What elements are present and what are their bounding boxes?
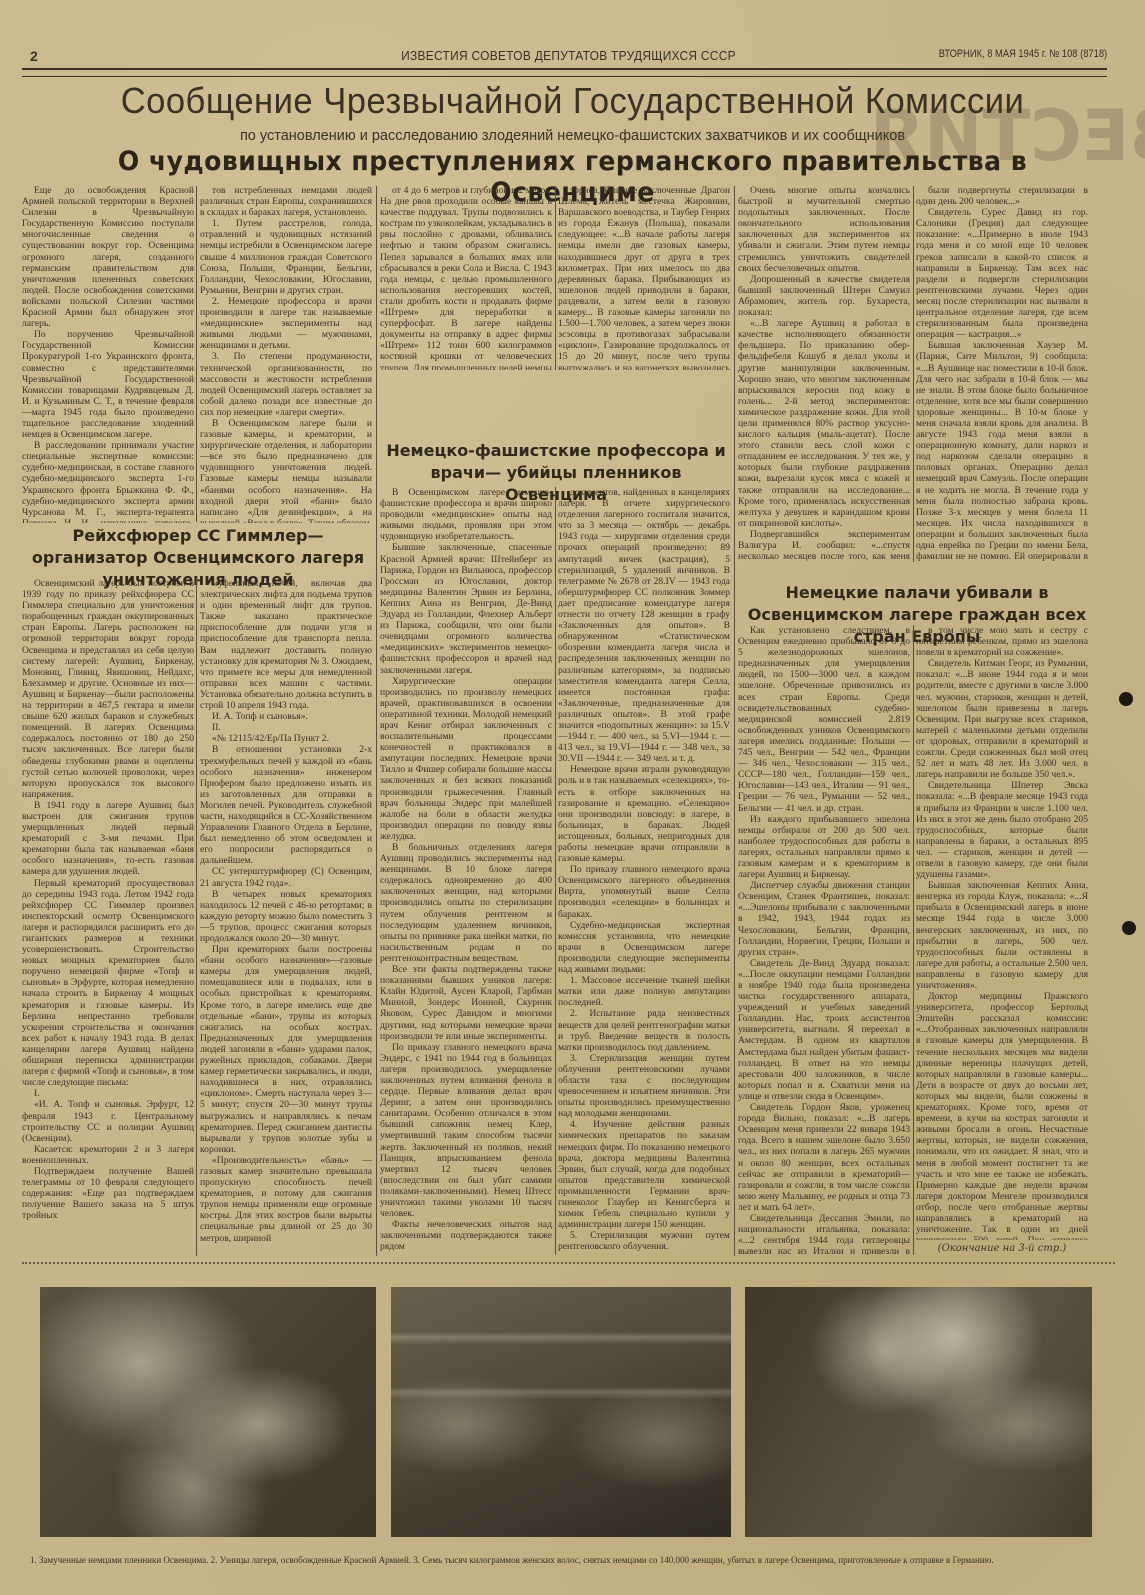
paragraph: Из каждого прибывавшего эшелона немцы от… [738, 814, 910, 881]
paragraph: «...В лагере Аушвиц я работал в качестве… [738, 318, 910, 529]
article-col-4: ториев, бывшие заключенные Драгон Шлема,… [558, 185, 730, 370]
paragraph: Доктор медицины Пражского университета, … [916, 991, 1088, 1240]
photo-2 [391, 1287, 731, 1537]
photo-caption: 1. Замученные немцами пленники Освенцима… [30, 1555, 1115, 1565]
paragraph: I. [22, 1088, 194, 1099]
paragraph: При крематориях были построены «бани осо… [200, 944, 372, 1155]
column-rule [555, 186, 556, 370]
paragraph: тов истребленных немцами людей различных… [200, 185, 372, 218]
paragraph: ториев, бывшие заключенные Драгон Шлема,… [558, 185, 730, 370]
paragraph: В больничных отделениях лагеря Аушвиц пр… [380, 842, 552, 964]
paragraph: Свидетель Китман Георг, из Румынии, пока… [916, 658, 1088, 780]
paragraph: 4. Изучение действия разных химических п… [558, 1119, 730, 1230]
paper-name: ИЗВЕСТИЯ СОВЕТОВ ДЕПУТАТОВ ТРУДЯЩИХСЯ СС… [73, 48, 1064, 63]
paragraph: Бывшая заключенная Хаузер М. (Париж, Сит… [916, 340, 1088, 563]
ink-blot [1122, 921, 1136, 935]
paragraph: Немецкие врачи играли руководящую роль и… [558, 764, 730, 864]
paragraph: Очень многие опыты кончались быстрой и м… [738, 185, 910, 274]
page-number: 2 [30, 48, 38, 64]
paragraph: 3. По степени продуманности, технической… [200, 351, 372, 418]
article-col-3: от 4 до 6 метров и глубиной в 2 метра. Н… [380, 185, 552, 370]
paragraph: Факты нечеловеческих опытов над заключен… [380, 1219, 552, 1252]
paragraph: в том числе мою мать и сестру с пятилетн… [916, 625, 1088, 658]
paragraph: Свидетель Де-Винд Эдуард показал: «...По… [738, 958, 910, 1102]
paragraph: Свидетель Сурес Давид из гор. Салоники (… [916, 207, 1088, 340]
paragraph: 2. Испытание ряда неизвестных веществ дл… [558, 1008, 730, 1052]
paragraph: В Освенцимском лагере немецко-фашистские… [380, 487, 552, 542]
europe-col-a: Как установлено следствием, в Освенцим е… [738, 625, 910, 1255]
himmler-col-b: муфельных печей, включая два электрическ… [200, 578, 372, 1254]
paragraph: По приказу главного немецкого врача Осве… [558, 864, 730, 919]
article-col-5: Очень многие опыты кончались быстрой и м… [738, 185, 910, 563]
paragraph: «№ 12115/42/Ер/Па Пункт 2. [200, 733, 372, 744]
paragraph: Освенцимский лагерь был построен в 1939 … [22, 578, 194, 800]
paragraph: В 1941 году в лагере Аушвиц был выстроен… [22, 800, 194, 878]
continued-notice: (Окончание на 3-й стр.) [916, 1243, 1088, 1254]
paragraph: 1. Массовое иссечение тканей шейки матки… [558, 975, 730, 1008]
europe-col-b: в том числе мою мать и сестру с пятилетн… [916, 625, 1088, 1240]
paragraph: Подтверждаем получение Вашей телеграммы … [22, 1166, 194, 1221]
column-rule [196, 186, 197, 522]
column-rule [913, 625, 914, 1255]
paragraph: 1. Путем расстрелов, голода, отравлений … [200, 218, 372, 296]
article-col-6: были подвергнуты стерилизации в один ден… [916, 185, 1088, 563]
paragraph: Диспетчер службы движения станции Освенц… [738, 880, 910, 958]
paragraph: Свидетель Гордон Яков, уроженец города В… [738, 1102, 910, 1213]
paragraph: Бывшая заключенная Кеппих Анна, венгерка… [916, 880, 1088, 991]
paragraph: Все эти факты подтверждены также показан… [380, 964, 552, 1042]
masthead: 2 ИЗВЕСТИЯ СОВЕТОВ ДЕПУТАТОВ ТРУДЯЩИХСЯ … [30, 48, 1107, 68]
column-rule [196, 578, 197, 1256]
paragraph: В расследовании принимали участие специа… [22, 440, 194, 523]
paragraph: Свидетельница Шпетер Эвска показала: «..… [916, 780, 1088, 880]
column-rule [376, 186, 377, 1256]
paragraph: Еще до освобождения Красной Армией польс… [22, 185, 194, 329]
professors-col-b: документов, найденных в канцеляриях лаге… [558, 487, 730, 1252]
paragraph: Хирургические операции производились по … [380, 676, 552, 842]
article-col-1: Еще до освобождения Красной Армией польс… [22, 185, 194, 523]
professors-col-a: В Освенцимском лагере немецко-фашистские… [380, 487, 552, 1252]
paragraph: 2. Немецкие профессора и врачи производи… [200, 296, 372, 351]
ink-blot [1119, 692, 1133, 706]
article-col-2: тов истребленных немцами людей различных… [200, 185, 372, 523]
paragraph: В четырех новых крематориях находилось 1… [200, 889, 372, 944]
paragraph: По приказу главного немецкого врача Энде… [380, 1042, 552, 1220]
paragraph: «И. А. Топф и сыновья. Эрфурт, 12 феврал… [22, 1099, 194, 1143]
column-rule [913, 186, 914, 562]
paragraph: В Освенцимском лагере были и газовые кам… [200, 418, 372, 523]
paragraph: «Производительность» «бань» — газовых ка… [200, 1155, 372, 1244]
paragraph: муфельных печей, включая два электрическ… [200, 578, 372, 711]
paragraph: были подвергнуты стерилизации в один ден… [916, 185, 1088, 207]
paragraph: Судебно-медицинская экспертная комиссия … [558, 920, 730, 975]
paragraph: 5. Стерилизация мужчин путем рентгеновск… [558, 1230, 730, 1252]
paragraph: В отношении установки 2-х трехмуфельных … [200, 744, 372, 866]
issue-date: ВТОРНИК, 8 МАЯ 1945 г. № 108 (8718) [939, 48, 1107, 60]
paragraph: Как установлено следствием, в Освенцим е… [738, 625, 910, 814]
masthead-rule [22, 68, 1107, 77]
photo-3 [745, 1287, 1092, 1537]
paragraph: документов, найденных в канцеляриях лаге… [558, 487, 730, 764]
column-rule [734, 186, 735, 1256]
paragraph: Свидетельница Дессапия Эмили, по национа… [738, 1213, 910, 1255]
paragraph: СС унтерштурмфюрер (С) Освенцим, 21 авгу… [200, 866, 372, 888]
column-rule [555, 487, 556, 1255]
paragraph: 3. Стерилизация женщин путем облучения р… [558, 1053, 730, 1120]
paragraph: И. А. Топф и сыновья». [200, 711, 372, 722]
paragraph: от 4 до 6 метров и глубиной в 2 метра. Н… [380, 185, 552, 370]
paragraph: Касается: крематории 2 и 3 лагеря военно… [22, 1144, 194, 1166]
paragraph: По поручению Чрезвычайной Государственно… [22, 329, 194, 440]
paragraph: II. [200, 722, 372, 733]
headline-title: Сообщение Чрезвычайной Государственной К… [23, 80, 1122, 122]
paragraph: Первый крематорий просуществовал до сере… [22, 878, 194, 1089]
paragraph: Допрошенный в качестве свидетеля бывший … [738, 274, 910, 318]
headline-subtitle: по установлению и расследованию злодеяни… [0, 128, 1145, 144]
photo-1 [40, 1287, 376, 1537]
section-divider [22, 1262, 1115, 1264]
paragraph: Подвергавшийся экспериментам Валигура И.… [738, 529, 910, 563]
paragraph: Бывшие заключенные, спасенные Красной Ар… [380, 542, 552, 675]
himmler-col-a: Освенцимский лагерь был построен в 1939 … [22, 578, 194, 1254]
